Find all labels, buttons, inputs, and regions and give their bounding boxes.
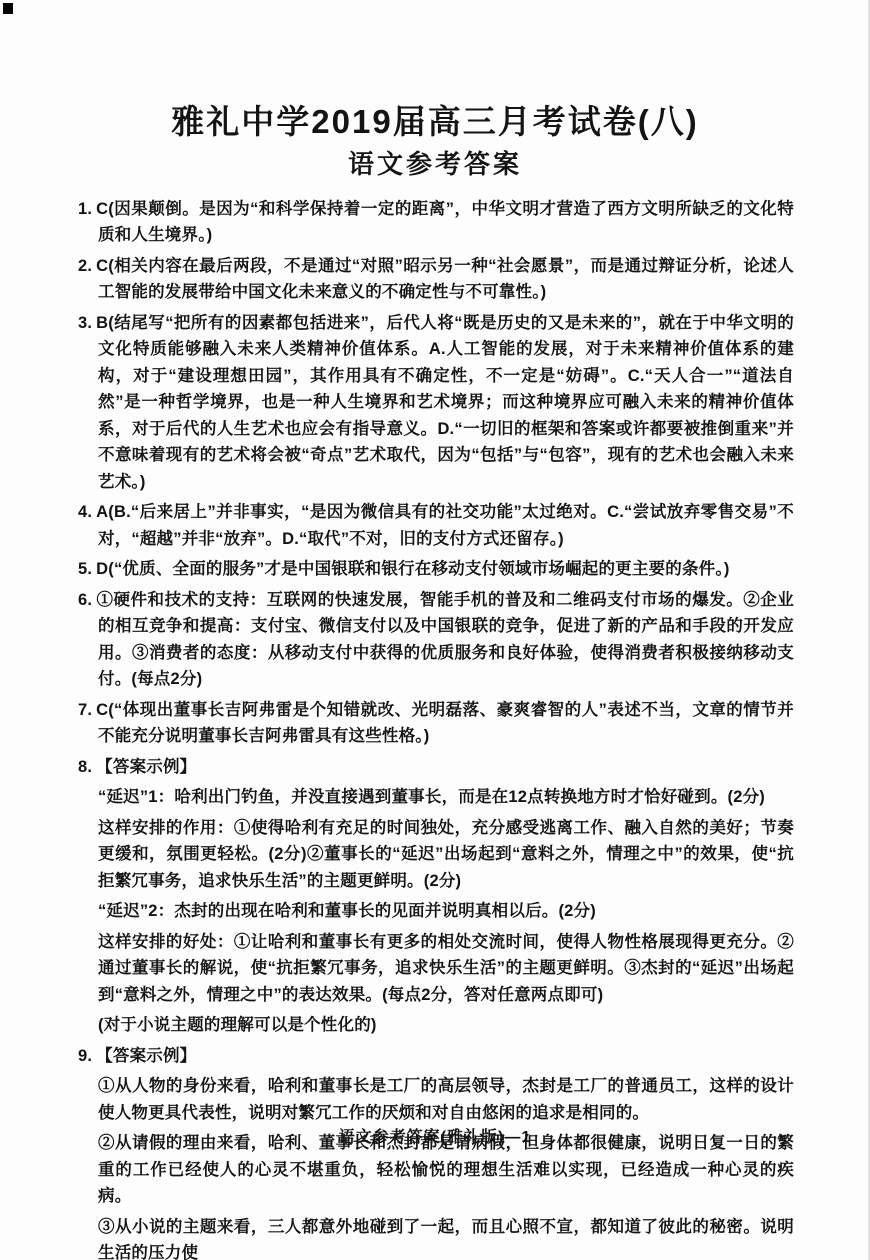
- answer-text: C(“体现出董事长吉阿弗雷是个知错就改、光明磊落、豪爽睿智的人”表述不当，文章的…: [96, 701, 794, 746]
- answer-item-3: 3.B(结尾写“把所有的因素都包括进来”，后代人将“既是历史的又是未来的”，就在…: [78, 310, 794, 496]
- exam-title: 雅礼中学2019届高三月考试卷(八): [0, 102, 870, 142]
- answer-item-4: 4.A(B.“后来居上”并非事实，“是因为微信具有的社交功能”太过绝对。C.“尝…: [78, 499, 794, 552]
- page-footer: 语文参考答案(雅礼版)—1: [0, 1124, 870, 1147]
- item-number: 3.: [78, 314, 92, 332]
- item-number: 8.: [78, 758, 92, 776]
- answer-item-6: 6.①硬件和技术的支持：互联网的快速发展，智能手机的普及和二维码支付市场的爆发。…: [78, 587, 794, 693]
- subject-title: 语文参考答案: [0, 149, 870, 180]
- answer-text: ①硬件和技术的支持：互联网的快速发展，智能手机的普及和二维码支付市场的爆发。②企…: [96, 591, 794, 689]
- scanned-answer-page: 雅礼中学2019届高三月考试卷(八) 语文参考答案 1.C(因果颠倒。是因为“和…: [0, 0, 870, 1260]
- item-number: 2.: [78, 257, 92, 275]
- answer-8-line-4: 这样安排的好处：①让哈利和董事长有更多的相处交流时间，使得人物性格展现得更充分。…: [78, 929, 794, 1009]
- item-number: 4.: [78, 503, 92, 521]
- answer-8-line-2: 这样安排的作用：①使得哈利有充足的时间独处，充分感受逃离工作、融入自然的美好；节…: [78, 815, 794, 895]
- answer-item-7: 7.C(“体现出董事长吉阿弗雷是个知错就改、光明磊落、豪爽睿智的人”表述不当，文…: [78, 697, 794, 750]
- answer-item-2: 2.C(相关内容在最后两段，不是通过“对照”昭示另一种“社会愿景”，而是通过辩证…: [78, 253, 794, 306]
- answer-header: 【答案示例】: [96, 758, 196, 776]
- answer-item-9-header: 9.【答案示例】: [78, 1043, 794, 1070]
- title-block: 雅礼中学2019届高三月考试卷(八) 语文参考答案: [0, 0, 870, 180]
- item-number: 7.: [78, 701, 92, 719]
- answer-item-5: 5.D(“优质、全面的服务”才是中国银联和银行在移动支付领域市场崛起的更主要的条…: [78, 556, 794, 583]
- answer-text: A(B.“后来居上”并非事实，“是因为微信具有的社交功能”太过绝对。C.“尝试放…: [96, 503, 794, 548]
- answer-item-8-header: 8.【答案示例】: [78, 754, 794, 781]
- answer-text: C(相关内容在最后两段，不是通过“对照”昭示另一种“社会愿景”，而是通过辩证分析…: [96, 257, 794, 302]
- scan-artifact-mark: [3, 3, 13, 14]
- item-number: 5.: [78, 560, 92, 578]
- answer-item-1: 1.C(因果颠倒。是因为“和科学保持着一定的距离”，中华文明才营造了西方文明所缺…: [78, 196, 794, 249]
- answer-text: C(因果颠倒。是因为“和科学保持着一定的距离”，中华文明才营造了西方文明所缺乏的…: [96, 200, 794, 245]
- answer-8-line-5: (对于小说主题的理解可以是个性化的): [78, 1012, 794, 1039]
- item-number: 1.: [78, 200, 92, 218]
- answer-9-line-3: ③从小说的主题来看，三人都意外地碰到了一起，而且心照不宣，都知道了彼此的秘密。说…: [78, 1214, 794, 1260]
- answer-8-line-3: “延迟”2：杰封的出现在哈利和董事长的见面并说明真相以后。(2分): [78, 898, 794, 925]
- answer-9-line-1: ①从人物的身份来看，哈利和董事长是工厂的高层领导，杰封是工厂的普通员工，这样的设…: [78, 1073, 794, 1126]
- answer-body: 1.C(因果颠倒。是因为“和科学保持着一定的距离”，中华文明才营造了西方文明所缺…: [78, 196, 794, 1260]
- answer-header: 【答案示例】: [96, 1047, 196, 1065]
- answer-8-line-1: “延迟”1：哈利出门钓鱼，并没直接遇到董事长，而是在12点转换地方时才恰好碰到。…: [78, 784, 794, 811]
- item-number: 6.: [78, 591, 92, 609]
- answer-text: B(结尾写“把所有的因素都包括进来”，后代人将“既是历史的又是未来的”，就在于中…: [96, 314, 794, 491]
- item-number: 9.: [78, 1047, 92, 1065]
- answer-text: D(“优质、全面的服务”才是中国银联和银行在移动支付领域市场崛起的更主要的条件。…: [96, 560, 729, 578]
